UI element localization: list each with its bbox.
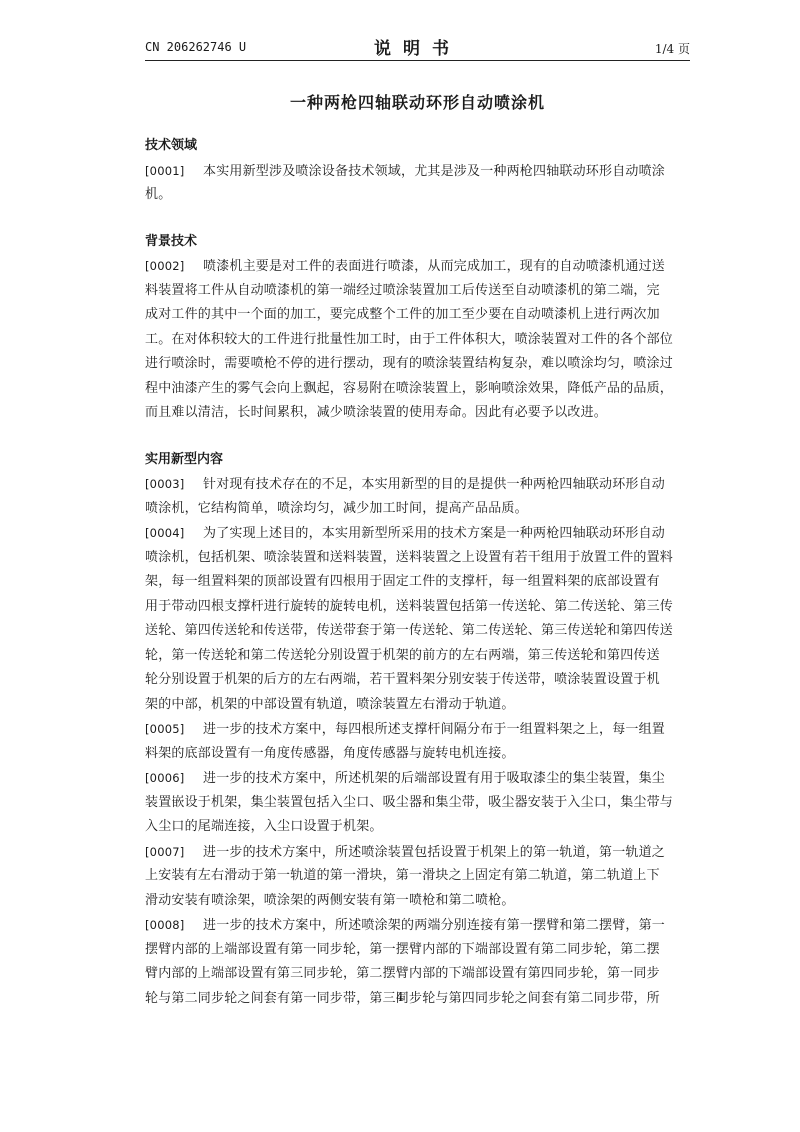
paragraph-number: [0004] xyxy=(145,521,203,546)
line-text: 喷涂机，包括机架、喷涂装置和送料装置，送料装置之上设置有若干组用于放置工件的置料 xyxy=(145,550,673,565)
paragraph-line: 喷涂机，它结构简单，喷涂均匀，减少加工时间，提高产品品质。 xyxy=(145,497,690,522)
line-text: 而且难以清洁，长时间累积，减少喷涂装置的使用寿命。因此有必要予以改进。 xyxy=(145,405,607,420)
paragraph: [0004]为了实现上述目的，本实用新型所采用的技术方案是一种两枪四轴联动环形自… xyxy=(145,521,690,717)
line-text: 架，每一组置料架的顶部设置有四根用于固定工件的支撑杆，每一组置料架的底部设置有 xyxy=(145,574,660,589)
line-text: 入尘口的尾端连接，入尘口设置于机架。 xyxy=(145,819,383,834)
paragraph: [0003]针对现有技术存在的不足，本实用新型的目的是提供一种两枪四轴联动环形自… xyxy=(145,472,690,521)
line-text: 工。在对体积较大的工件进行批量性加工时，由于工件体积大，喷涂装置对工件的各个部位 xyxy=(145,332,673,347)
paragraph-line: 喷涂机，包括机架、喷涂装置和送料装置，送料装置之上设置有若干组用于放置工件的置料 xyxy=(145,546,690,571)
paragraph-line: 轮，第一传送轮和第二传送轮分别设置于机架的前方的左右两端，第三传送轮和第四传送 xyxy=(145,644,690,669)
section-gap xyxy=(145,426,690,448)
paragraph-number: [0003] xyxy=(145,472,203,497)
line-text: 进一步的技术方案中，每四根所述支撑杆间隔分布于一组置料架之上，每一组置 xyxy=(203,722,665,737)
paragraph-line: 料架的底部设置有一角度传感器，角度传感器与旋转电机连接。 xyxy=(145,742,690,767)
line-text: 程中油漆产生的雾气会向上飘起，容易附在喷涂装置上，影响喷涂效果，降低产品的品质， xyxy=(145,381,673,396)
paragraph-line: 成对工件的其中一个面的加工，要完成整个工件的加工至少要在自动喷漆机上进行两次加 xyxy=(145,303,690,328)
page-header: CN 206262746 U 说明书 1/4 页 xyxy=(145,34,690,61)
paragraph: [0005]进一步的技术方案中，每四根所述支撑杆间隔分布于一组置料架之上，每一组… xyxy=(145,717,690,766)
paragraph-line: 而且难以清洁，长时间累积，减少喷涂装置的使用寿命。因此有必要予以改进。 xyxy=(145,401,690,426)
line-text: 架的中部，机架的中部设置有轨道，喷涂装置左右滑动于轨道。 xyxy=(145,697,515,712)
paragraph-line: 上安装有左右滑动于第一轨道的第一滑块，第一滑块之上固定有第二轨道，第二轨道上下 xyxy=(145,864,690,889)
paragraph-number: [0008] xyxy=(145,913,203,938)
line-text: 料架的底部设置有一角度传感器，角度传感器与旋转电机连接。 xyxy=(145,746,515,761)
paragraph-line: [0006]进一步的技术方案中，所述机架的后端部设置有用于吸取漆尘的集尘装置，集… xyxy=(145,766,690,791)
line-text: 进一步的技术方案中，所述机架的后端部设置有用于吸取漆尘的集尘装置，集尘 xyxy=(203,771,665,786)
page-indicator: 1/4 页 xyxy=(655,40,690,57)
document-type: 说明书 xyxy=(145,34,690,59)
paragraph-line: 程中油漆产生的雾气会向上飘起，容易附在喷涂装置上，影响喷涂效果，降低产品的品质， xyxy=(145,377,690,402)
paragraph: [0006]进一步的技术方案中，所述机架的后端部设置有用于吸取漆尘的集尘装置，集… xyxy=(145,766,690,840)
line-text: 喷涂机，它结构简单，喷涂均匀，减少加工时间，提高产品品质。 xyxy=(145,501,528,516)
paragraph-line: [0008]进一步的技术方案中，所述喷涂架的两端分别连接有第一摆臂和第二摆臂，第… xyxy=(145,913,690,938)
line-text: 进行喷涂时，需要喷枪不停的进行摆动，现有的喷涂装置结构复杂，难以喷涂均匀，喷涂过 xyxy=(145,356,673,371)
paragraph-line: [0002]喷漆机主要是对工件的表面进行喷漆，从而完成加工，现有的自动喷漆机通过… xyxy=(145,254,690,279)
document-page: CN 206262746 U 说明书 1/4 页 一种两枪四轴联动环形自动喷涂机… xyxy=(0,0,800,1132)
paragraph-line: 架的中部，机架的中部设置有轨道，喷涂装置左右滑动于轨道。 xyxy=(145,693,690,718)
paragraph-line: [0003]针对现有技术存在的不足，本实用新型的目的是提供一种两枪四轴联动环形自… xyxy=(145,472,690,497)
line-text: 喷漆机主要是对工件的表面进行喷漆，从而完成加工，现有的自动喷漆机通过送 xyxy=(203,259,665,274)
paragraph-number: [0001] xyxy=(145,159,203,184)
paragraph-line: 架，每一组置料架的顶部设置有四根用于固定工件的支撑杆，每一组置料架的底部设置有 xyxy=(145,570,690,595)
document-title: 一种两枪四轴联动环形自动喷涂机 xyxy=(145,90,690,113)
line-text: 料装置将工件从自动喷漆机的第一端经过喷涂装置加工后传送至自动喷漆机的第二端，完 xyxy=(145,283,660,298)
paragraph: [0001]本实用新型涉及喷涂设备技术领域，尤其是涉及一种两枪四轴联动环形自动喷… xyxy=(145,159,690,208)
paragraph-line: [0001]本实用新型涉及喷涂设备技术领域，尤其是涉及一种两枪四轴联动环形自动喷… xyxy=(145,159,690,184)
paragraph-number: [0006] xyxy=(145,766,203,791)
paragraph-line: 用于带动四根支撑杆进行旋转的旋转电机，送料装置包括第一传送轮、第二传送轮、第三传 xyxy=(145,595,690,620)
paragraph-line: [0004]为了实现上述目的，本实用新型所采用的技术方案是一种两枪四轴联动环形自… xyxy=(145,521,690,546)
line-text: 成对工件的其中一个面的加工，要完成整个工件的加工至少要在自动喷漆机上进行两次加 xyxy=(145,307,660,322)
section-heading: 背景技术 xyxy=(145,230,690,255)
line-text: 针对现有技术存在的不足，本实用新型的目的是提供一种两枪四轴联动环形自动 xyxy=(203,477,665,492)
line-text: 轮分别设置于机架的后方的左右两端，若干置料架分别安装于传送带，喷涂装置设置于机 xyxy=(145,672,660,687)
paragraph-line: 滑动安装有喷涂架，喷涂架的两侧安装有第一喷枪和第二喷枪。 xyxy=(145,889,690,914)
paragraph-line: [0005]进一步的技术方案中，每四根所述支撑杆间隔分布于一组置料架之上，每一组… xyxy=(145,717,690,742)
document-body: 技术领域[0001]本实用新型涉及喷涂设备技术领域，尤其是涉及一种两枪四轴联动环… xyxy=(145,134,690,1011)
paragraph-line: 进行喷涂时，需要喷枪不停的进行摆动，现有的喷涂装置结构复杂，难以喷涂均匀，喷涂过 xyxy=(145,352,690,377)
paragraph-line: 摆臂内部的上端部设置有第一同步轮，第一摆臂内部的下端部设置有第二同步轮，第二摆 xyxy=(145,938,690,963)
section-heading: 实用新型内容 xyxy=(145,448,690,473)
paragraph-line: 入尘口的尾端连接，入尘口设置于机架。 xyxy=(145,815,690,840)
paragraph-line: 机。 xyxy=(145,183,690,208)
page-number: 4 xyxy=(0,990,800,1004)
line-text: 装置嵌设于机架，集尘装置包括入尘口、吸尘器和集尘带，吸尘器安装于入尘口，集尘带与 xyxy=(145,795,673,810)
line-text: 本实用新型涉及喷涂设备技术领域，尤其是涉及一种两枪四轴联动环形自动喷涂 xyxy=(203,164,665,179)
paragraph-line: 臂内部的上端部设置有第三同步轮，第二摆臂内部的下端部设置有第四同步轮，第一同步 xyxy=(145,962,690,987)
line-text: 进一步的技术方案中，所述喷涂架的两端分别连接有第一摆臂和第二摆臂，第一 xyxy=(203,918,665,933)
paragraph-line: 料装置将工件从自动喷漆机的第一端经过喷涂装置加工后传送至自动喷漆机的第二端，完 xyxy=(145,279,690,304)
paragraph: [0007]进一步的技术方案中，所述喷涂装置包括设置于机架上的第一轨道，第一轨道… xyxy=(145,840,690,914)
paragraph-line: 工。在对体积较大的工件进行批量性加工时，由于工件体积大，喷涂装置对工件的各个部位 xyxy=(145,328,690,353)
section-gap xyxy=(145,208,690,230)
line-text: 机。 xyxy=(145,187,171,202)
line-text: 送轮、第四传送轮和传送带，传送带套于第一传送轮、第二传送轮、第三传送轮和第四传送 xyxy=(145,623,673,638)
paragraph: [0002]喷漆机主要是对工件的表面进行喷漆，从而完成加工，现有的自动喷漆机通过… xyxy=(145,254,690,426)
paragraph-line: 轮分别设置于机架的后方的左右两端，若干置料架分别安装于传送带，喷涂装置设置于机 xyxy=(145,668,690,693)
line-text: 进一步的技术方案中，所述喷涂装置包括设置于机架上的第一轨道，第一轨道之 xyxy=(203,845,665,860)
line-text: 用于带动四根支撑杆进行旋转的旋转电机，送料装置包括第一传送轮、第二传送轮、第三传 xyxy=(145,599,673,614)
paragraph-number: [0007] xyxy=(145,840,203,865)
section-heading: 技术领域 xyxy=(145,134,690,159)
line-text: 上安装有左右滑动于第一轨道的第一滑块，第一滑块之上固定有第二轨道，第二轨道上下 xyxy=(145,868,660,883)
paragraph-line: [0007]进一步的技术方案中，所述喷涂装置包括设置于机架上的第一轨道，第一轨道… xyxy=(145,840,690,865)
line-text: 摆臂内部的上端部设置有第一同步轮，第一摆臂内部的下端部设置有第二同步轮，第二摆 xyxy=(145,942,660,957)
line-text: 为了实现上述目的，本实用新型所采用的技术方案是一种两枪四轴联动环形自动 xyxy=(203,526,665,541)
line-text: 滑动安装有喷涂架，喷涂架的两侧安装有第一喷枪和第二喷枪。 xyxy=(145,893,515,908)
paragraph-line: 装置嵌设于机架，集尘装置包括入尘口、吸尘器和集尘带，吸尘器安装于入尘口，集尘带与 xyxy=(145,791,690,816)
paragraph-line: 送轮、第四传送轮和传送带，传送带套于第一传送轮、第二传送轮、第三传送轮和第四传送 xyxy=(145,619,690,644)
paragraph-number: [0005] xyxy=(145,717,203,742)
line-text: 臂内部的上端部设置有第三同步轮，第二摆臂内部的下端部设置有第四同步轮，第一同步 xyxy=(145,966,660,981)
paragraph-number: [0002] xyxy=(145,254,203,279)
line-text: 轮，第一传送轮和第二传送轮分别设置于机架的前方的左右两端，第三传送轮和第四传送 xyxy=(145,648,660,663)
